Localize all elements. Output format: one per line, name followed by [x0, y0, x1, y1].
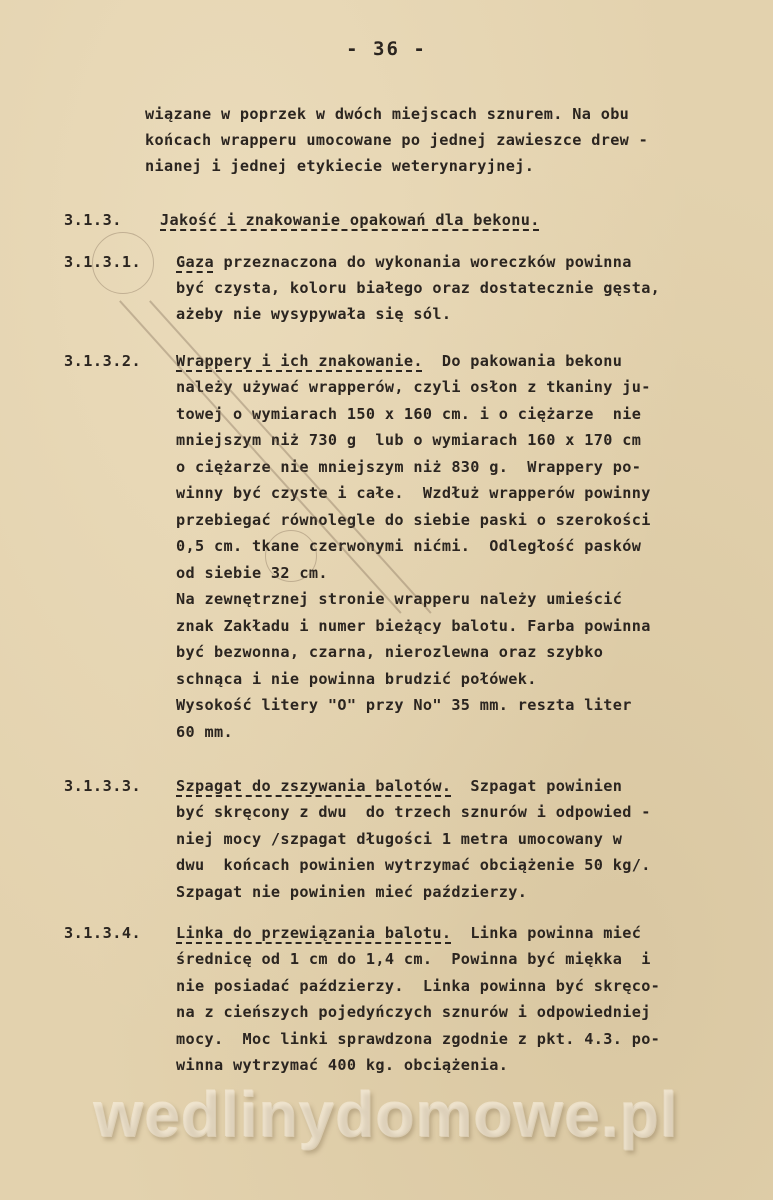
body-line: 60 mm.	[176, 719, 233, 745]
subsection-text: Linka powinna mieć	[451, 924, 641, 942]
body-line: ażeby nie wysypywała się sól.	[176, 301, 451, 327]
intro-line: wiązane w poprzek w dwóch miejscach sznu…	[145, 101, 629, 127]
subsection-text: przeznaczona do wykonania woreczków powi…	[214, 253, 632, 271]
body-line: nie posiadać paździerzy. Linka powinna b…	[176, 973, 660, 999]
body-line: mniejszym niż 730 g lub o wymiarach 160 …	[176, 427, 641, 453]
body-line: średnicę od 1 cm do 1,4 cm. Powinna być …	[176, 946, 651, 972]
subsection-title: Wrappery i ich znakowanie.	[176, 352, 423, 370]
subsection-number: 3.1.3.3.	[64, 773, 141, 799]
body-line: niej mocy /szpagat długości 1 metra umoc…	[176, 826, 622, 852]
body-line: Na zewnętrznej stronie wrapperu należy u…	[176, 586, 622, 612]
subsection-text: Szpagat powinien	[451, 777, 622, 795]
body-line: być skręcony z dwu do trzech sznurów i o…	[176, 799, 651, 825]
subsection-first-line: Gaza przeznaczona do wykonania woreczków…	[176, 249, 632, 275]
subsection-first-line: Szpagat do zszywania balotów. Szpagat po…	[176, 773, 622, 799]
document-page: - 36 - wiązane w poprzek w dwóch miejsca…	[0, 0, 773, 1200]
body-line: być bezwonna, czarna, nierozlewna oraz s…	[176, 639, 603, 665]
subsection-first-line: Wrappery i ich znakowanie. Do pakowania …	[176, 348, 622, 374]
body-line: Szpagat nie powinien mieć paździerzy.	[176, 879, 527, 905]
intro-line: nianej i jednej etykiecie weterynaryjnej…	[145, 153, 534, 179]
page-number: - 36 -	[0, 38, 773, 60]
body-line: mocy. Moc linki sprawdzona zgodnie z pkt…	[176, 1026, 660, 1052]
subsection-title: Linka do przewiązania balotu.	[176, 924, 451, 942]
body-line: towej o wymiarach 150 x 160 cm. i o cięż…	[176, 401, 641, 427]
section-number: 3.1.3.	[64, 207, 122, 233]
body-line: o ciężarze nie mniejszym niż 830 g. Wrap…	[176, 454, 641, 480]
body-line: być czysta, koloru białego oraz dostatec…	[176, 275, 660, 301]
body-line: znak Zakładu i numer bieżący balotu. Far…	[176, 613, 651, 639]
intro-line: końcach wrapperu umocowane po jednej zaw…	[145, 127, 648, 153]
subsection-title: Gaza	[176, 253, 214, 271]
body-line: winny być czyste i całe. Wzdłuż wrapperó…	[176, 480, 651, 506]
body-line: 0,5 cm. tkane czerwonymi nićmi. Odległoś…	[176, 533, 641, 559]
body-line: Wysokość litery "O" przy No" 35 mm. resz…	[176, 692, 632, 718]
section-title: Jakość i znakowanie opakowań dla bekonu.	[160, 207, 540, 233]
body-line: dwu końcach powinien wytrzymać obciążeni…	[176, 852, 651, 878]
body-line: schnąca i nie powinna brudzić połówek.	[176, 666, 537, 692]
subsection-number: 3.1.3.2.	[64, 348, 141, 374]
subsection-first-line: Linka do przewiązania balotu. Linka powi…	[176, 920, 641, 946]
watermark: wedlinydomowe.pl	[0, 1078, 773, 1152]
body-line: winna wytrzymać 400 kg. obciążenia.	[176, 1052, 508, 1078]
subsection-number: 3.1.3.4.	[64, 920, 141, 946]
body-line: na z cieńszych pojedyńczych sznurów i od…	[176, 999, 651, 1025]
subsection-title: Szpagat do zszywania balotów.	[176, 777, 451, 795]
subsection-number: 3.1.3.1.	[64, 249, 141, 275]
body-line: przebiegać równolegle do siebie paski o …	[176, 507, 651, 533]
body-line: należy używać wrapperów, czyli osłon z t…	[176, 374, 651, 400]
body-line: od siebie 32 cm.	[176, 560, 328, 586]
subsection-text: Do pakowania bekonu	[423, 352, 622, 370]
